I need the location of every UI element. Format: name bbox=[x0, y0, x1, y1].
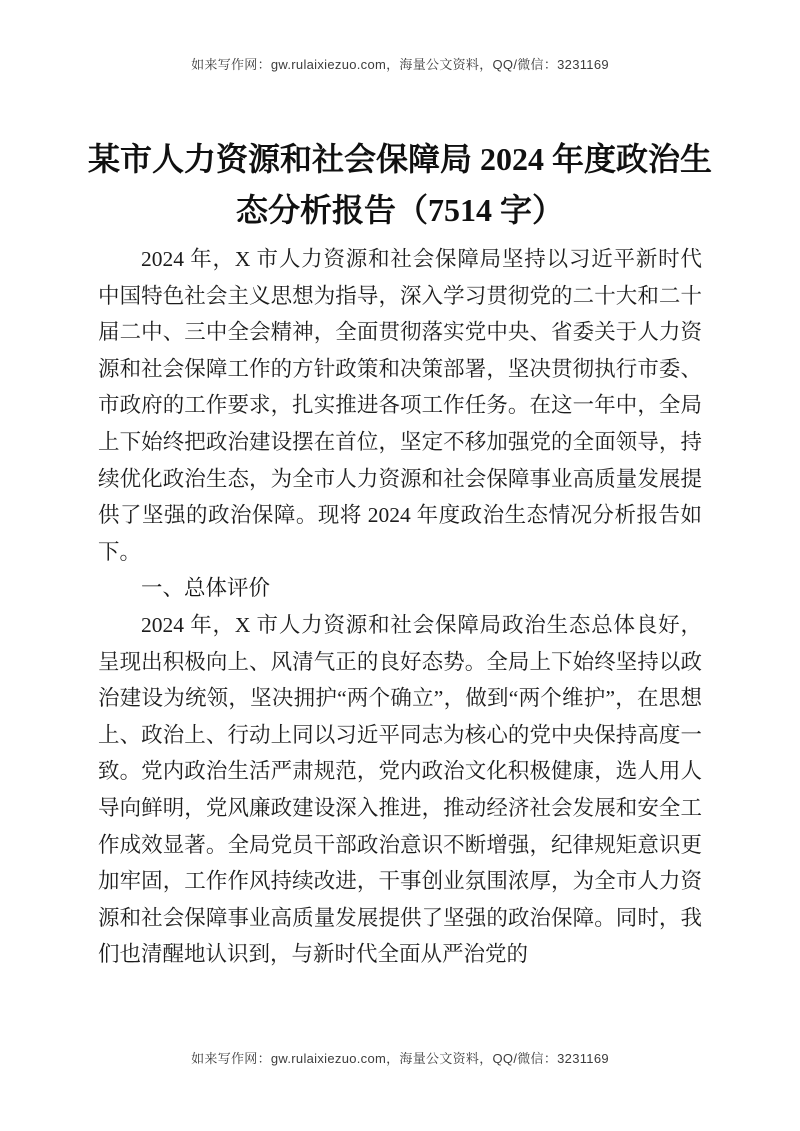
section-heading-overall-evaluation: 一、总体评价 bbox=[98, 570, 702, 607]
paragraph-intro: 2024 年，X 市人力资源和社会保障局坚持以习近平新时代中国特色社会主义思想为… bbox=[98, 241, 702, 570]
document-title: 某市人力资源和社会保障局 2024 年度政治生态分析报告（7514 字） bbox=[84, 134, 716, 236]
header-watermark-note: 如来写作网：gw.rulaixiezuo.com，海量公文资料，QQ/微信：32… bbox=[0, 54, 800, 73]
footer-watermark-note: 如来写作网：gw.rulaixiezuo.com，海量公文资料，QQ/微信：32… bbox=[0, 1048, 800, 1067]
document-page: 如来写作网：gw.rulaixiezuo.com，海量公文资料，QQ/微信：32… bbox=[0, 0, 800, 1131]
document-body: 2024 年，X 市人力资源和社会保障局坚持以习近平新时代中国特色社会主义思想为… bbox=[98, 241, 702, 973]
paragraph-overall-evaluation: 2024 年，X 市人力资源和社会保障局政治生态总体良好，呈现出积极向上、风清气… bbox=[98, 607, 702, 973]
